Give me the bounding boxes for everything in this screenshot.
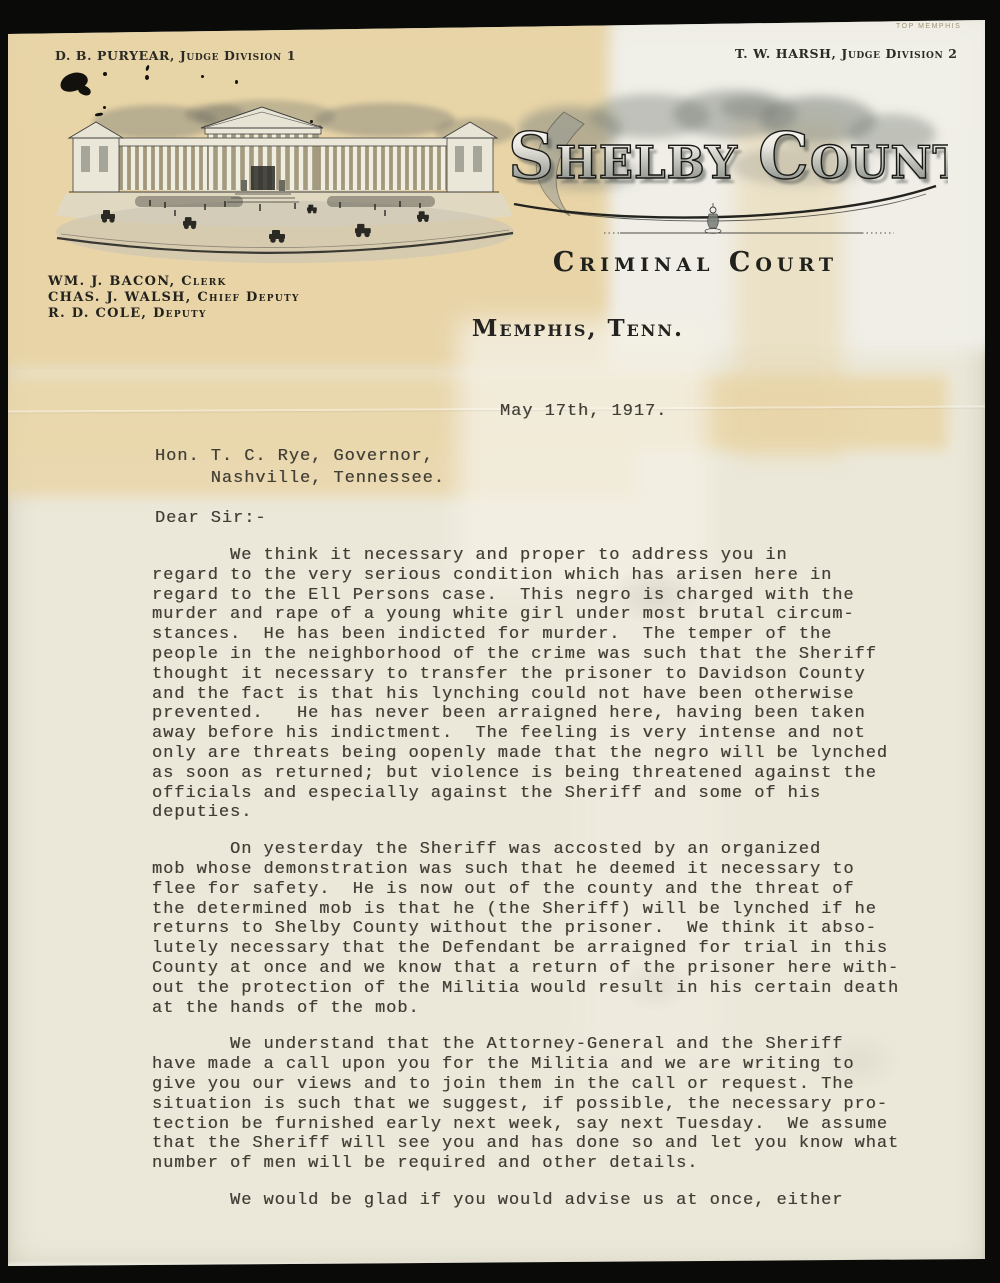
typed-line: have made a call upon you for the Militi… — [152, 1055, 942, 1075]
letter-paragraph: We understand that the Attorney-General … — [152, 1035, 942, 1174]
typed-line: deputies. — [152, 803, 942, 823]
finial-ornament — [705, 203, 721, 233]
typed-line: away before his indictment. The feeling … — [152, 724, 942, 744]
recipient-line: Nashville, Tennessee. — [155, 468, 445, 490]
typed-line: people in the neighborhood of the crime … — [152, 645, 942, 665]
recipient-line: Hon. T. C. Rye, Governor, — [155, 446, 445, 468]
typed-line: situation is such that we suggest, if po… — [152, 1095, 942, 1115]
typed-line: tection be furnished early next week, sa… — [152, 1115, 942, 1135]
typed-line: mob whose demonstration was such that he… — [152, 860, 942, 880]
stain-tan-date-band — [0, 375, 948, 450]
salutation: Dear Sir:- — [155, 509, 267, 529]
typed-line: County at once and we know that a return… — [152, 959, 942, 979]
official-line: CHAS. J. WALSH, Chief Deputy — [48, 290, 300, 306]
typed-line: prevented. He has never been arraigned h… — [152, 704, 942, 724]
ink-speck — [235, 80, 238, 84]
typed-line: stances. He has been indicted for murder… — [152, 625, 942, 645]
typed-line: that the Sheriff will see you and has do… — [152, 1134, 942, 1154]
typed-line: give you our views and to join them in t… — [152, 1075, 942, 1095]
official-line: WM. J. BACON, Clerk — [48, 274, 300, 290]
ink-speck — [145, 75, 149, 80]
judge-division-2-label: T. W. HARSH, Judge Division 2 — [735, 46, 958, 61]
city-line: Memphis, Tenn. — [388, 315, 768, 342]
typed-line: We would be glad if you would advise us … — [152, 1191, 942, 1211]
fold-crease — [8, 405, 985, 412]
date-line: May 17th, 1917. — [500, 402, 667, 422]
typed-line: and the fact is that his lynching could … — [152, 685, 942, 705]
typed-line: regard to the very serious condition whi… — [152, 566, 942, 586]
ornament-divider — [604, 203, 894, 237]
typed-line: flee for safety. He is now out of the co… — [152, 880, 942, 900]
letter-paragraph: On yesterday the Sheriff was accosted by… — [152, 840, 942, 1018]
typed-line: murder and rape of a young white girl un… — [152, 605, 942, 625]
recipient-block: Hon. T. C. Rye, Governor, Nashville, Ten… — [155, 446, 445, 490]
letter-paragraph: We think it necessary and proper to addr… — [152, 546, 942, 823]
typed-line: the determined mob is that he (the Sheri… — [152, 900, 942, 920]
scanned-letter-page: TOP MEMPHIS D. B. PURYEAR, Judge Divisio… — [0, 0, 1000, 1283]
letter-body: We think it necessary and proper to addr… — [152, 546, 942, 1228]
typed-line: We understand that the Attorney-General … — [152, 1035, 942, 1055]
typed-line: lutely necessary that the Defendant be a… — [152, 939, 942, 959]
ink-speck — [103, 106, 106, 109]
judge-division-1-label: D. B. PURYEAR, Judge Division 1 — [55, 48, 296, 63]
ink-speck — [103, 72, 107, 76]
officials-block: WM. J. BACON, ClerkCHAS. J. WALSH, Chief… — [48, 274, 300, 321]
corner-note: TOP MEMPHIS — [896, 23, 961, 30]
typed-line: On yesterday the Sheriff was accosted by… — [152, 840, 942, 860]
typed-line: at the hands of the mob. — [152, 999, 942, 1019]
ink-speck — [145, 65, 150, 72]
letter-paragraph: We would be glad if you would advise us … — [152, 1191, 942, 1211]
letter-paper: TOP MEMPHIS D. B. PURYEAR, Judge Divisio… — [8, 20, 985, 1268]
typed-line: thought it necessary to transfer the pri… — [152, 665, 942, 685]
courthouse-engraving — [55, 86, 515, 266]
typed-line: officials and especially against the She… — [152, 784, 942, 804]
typed-line: out the protection of the Militia would … — [152, 979, 942, 999]
court-name: Criminal Court — [508, 247, 883, 278]
typed-line: as soon as returned; but violence is bei… — [152, 764, 942, 784]
typed-line: only are threats being oopenly made that… — [152, 744, 942, 764]
typed-line: returns to Shelby County without the pri… — [152, 919, 942, 939]
official-line: R. D. COLE, Deputy — [48, 306, 300, 322]
ink-speck — [201, 75, 204, 78]
typed-line: We think it necessary and proper to addr… — [152, 546, 942, 566]
typed-line: number of men will be required and other… — [152, 1154, 942, 1174]
typed-line: regard to the Ell Persons case. This neg… — [152, 586, 942, 606]
ink-speck — [310, 120, 313, 123]
